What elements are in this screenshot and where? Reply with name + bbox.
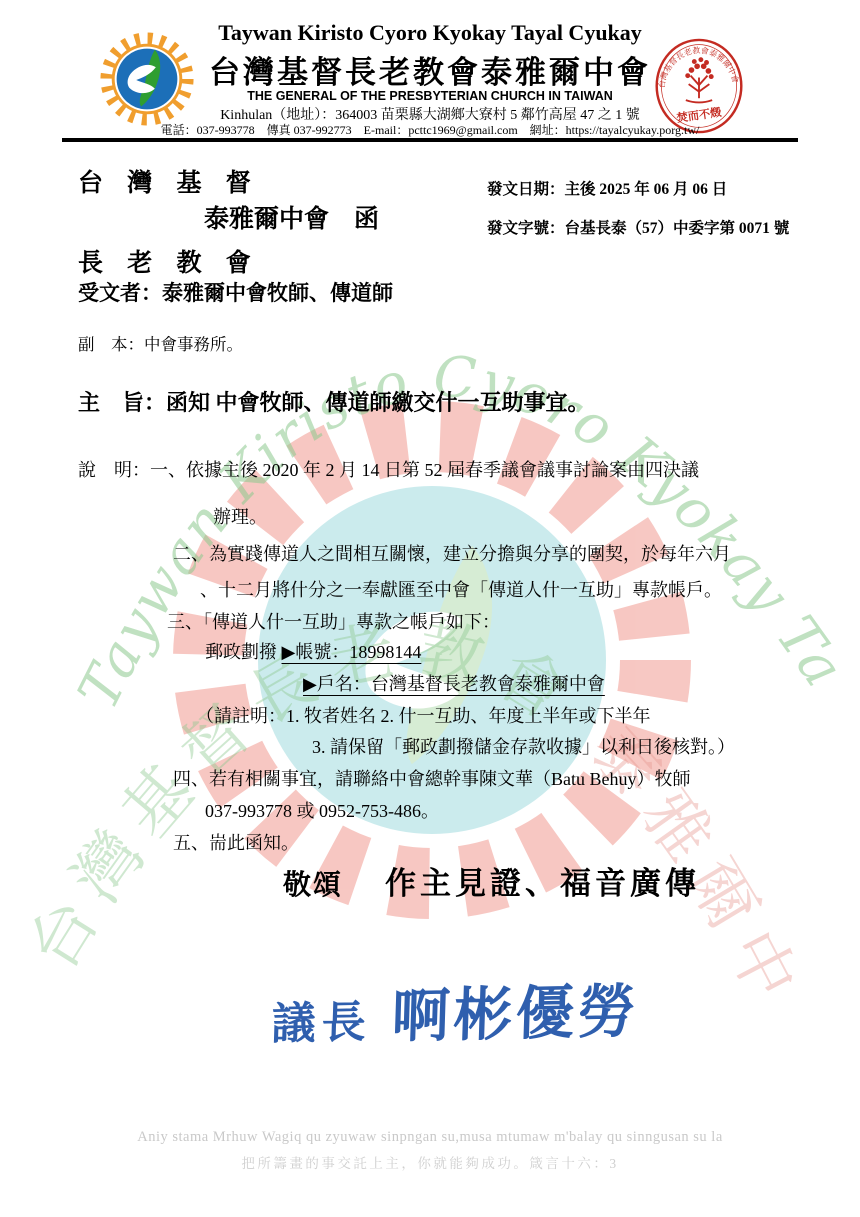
org-subtitle-en: THE GENERAL OF THE PRESBYTERIAN CHURCH I… xyxy=(0,89,860,103)
account-holder-name: ▶戶名：台灣基督長老教會泰雅爾中會 xyxy=(303,674,605,694)
explanation-line-9: 3. 請保留「郵政劃撥儲金存款收據」以利日後核對。） xyxy=(312,733,735,759)
explanation-line-12: 五、耑此函知。 xyxy=(173,829,299,855)
explanation-line-8: （請註明：1. 牧者姓名 2. 什一互助、年度上半年或下半年 xyxy=(196,702,651,728)
signature-title: 議長 xyxy=(271,986,373,1052)
org-title-zh: 台灣基督長老教會泰雅爾中會 xyxy=(0,47,860,92)
closing-salute: 敬頌 xyxy=(283,863,343,903)
signature-name: 啊彬優勞 xyxy=(391,964,642,1053)
recipient-line: 受文者：泰雅爾中會牧師、傳道師 xyxy=(78,277,393,307)
letter-page: Taywan Kiristo Cyoro Kyokay Tayal Cyukay… xyxy=(0,0,860,1217)
footer-verse-tayal: Aniy stama Mrhuw Wagiq qu zyuwaw sinpnga… xyxy=(0,1129,860,1146)
account-number: ▶帳號：18998144 xyxy=(282,642,422,662)
explanation-line-2: 辦理。 xyxy=(213,503,267,529)
closing-line: 敬頌 作主見證、福音廣傳 xyxy=(283,858,700,903)
org-title-en: Taywan Kiristo Cyoro Kyokay Tayal Cyukay xyxy=(0,20,860,46)
explanation-line-10: 四、若有相關事宜，請聯絡中會總幹事陳文華（Batu Behuy）牧師 xyxy=(173,765,691,791)
footer-verse-chinese: 把所籌畫的事交託上主，你就能夠成功。箴言十六：3 xyxy=(0,1152,860,1172)
subject-line: 主 旨：函知 中會牧師、傳道師繳交什一互助事宜。 xyxy=(78,386,590,417)
explanation-line-6: 郵政劃撥 ▶帳號：18998144 xyxy=(205,638,421,664)
letterhead-org-line3: 長 老 教 會 xyxy=(78,243,260,279)
explanation-line-11: 037-993778 或 0952-753-486。 xyxy=(205,797,439,823)
issue-date: 發文日期：主後 2025 年 06 月 06 日 xyxy=(487,177,727,199)
moderator-signature: 議長 啊彬優勞 xyxy=(271,964,642,1056)
explanation-line-1: 說 明：一、依據主後 2020 年 2 月 14 日第 52 屆春季議會議事討論… xyxy=(78,456,699,482)
postal-transfer-label: 郵政劃撥 xyxy=(205,642,282,662)
letterhead-org-line1: 台 灣 基 督 xyxy=(78,163,260,199)
letterhead-org-line2: 泰雅爾中會 函 xyxy=(204,199,379,235)
closing-phrase: 作主見證、福音廣傳 xyxy=(385,858,700,903)
contact-line: 電話：037-993778 傳真 037-992773 E-mail：pcttc… xyxy=(0,121,860,138)
explanation-line-5: 三、「傳道人什一互助」專款之帳戶如下： xyxy=(167,608,500,634)
header-divider xyxy=(62,138,798,142)
explanation-line-3: 二、為實踐傳道人之間相互關懷，建立分擔與分享的團契，於每年六月 xyxy=(173,540,731,566)
ref-number: 發文字號：台基長泰（57）中委字第 0071 號 xyxy=(487,216,789,238)
explanation-line-7: ▶戶名：台灣基督長老教會泰雅爾中會 xyxy=(303,670,605,696)
explanation-line-4: 、十二月將什分之一奉獻匯至中會「傳道人什一互助」專款帳戶。 xyxy=(200,576,722,602)
cc-line: 副 本：中會事務所。 xyxy=(78,331,243,355)
